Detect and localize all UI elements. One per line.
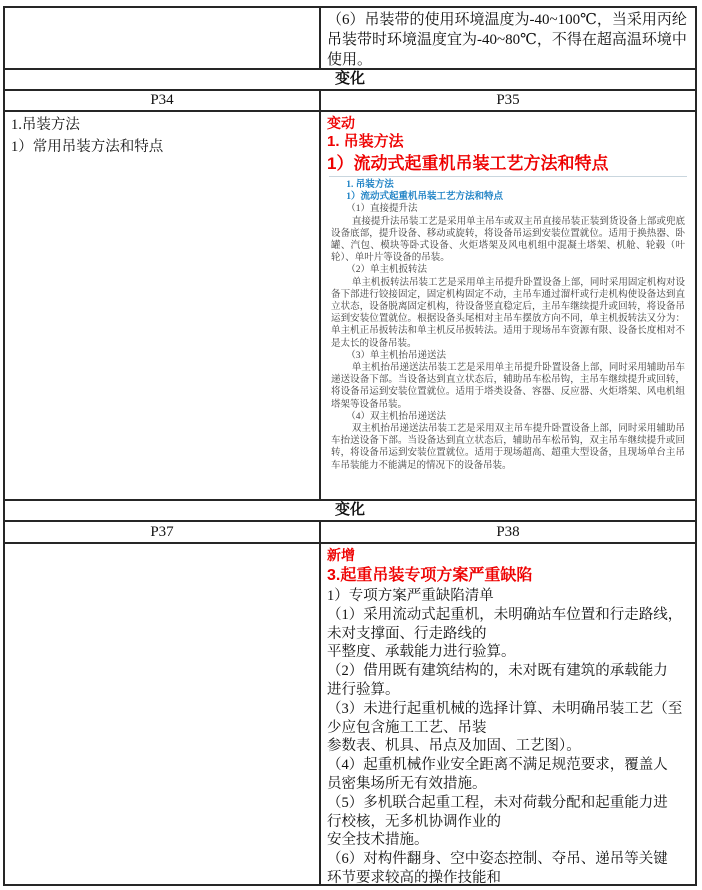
excerpt-paragraph: 直接提升法吊装工艺是采用单主吊车或双主吊直接吊装正装到货设备上部或兜底设备底部，…	[331, 216, 685, 265]
excerpt-subheading: （1）直接提升法	[331, 203, 685, 215]
page-number-p34: P34	[5, 91, 321, 110]
defect-list-line: （4）起重机械作业安全距离不满足规范要求，覆盖人	[327, 756, 689, 775]
defect-list-line: 安全技术措施。	[327, 831, 689, 850]
defect-list-line: （3）未进行起重机械的选择计算、未明确吊装工艺（至	[327, 700, 689, 719]
page-number-p37: P37	[5, 522, 321, 542]
defect-list-line: 员密集场所无有效措施。	[327, 775, 689, 794]
content-row-2: 新增 3.起重吊装专项方案严重缺陷 1）专项方案严重缺陷清单 （1）采用流动式起…	[5, 544, 695, 884]
new-section-heading: 3.起重吊装专项方案严重缺陷	[327, 564, 689, 587]
defect-list-line: 参数表、机具、吊点及加固、工艺图）。	[327, 737, 689, 756]
change-divider-1: 变化	[5, 70, 695, 91]
old-text-cell: 1.吊装方法 1）常用吊装方法和特点	[5, 112, 321, 499]
excerpt-subheading: （4）双主机抬吊递送法	[331, 411, 685, 423]
note-line: 吊装带时环境温度宜为-40~80℃，不得在超高温环境中	[327, 30, 689, 50]
change-divider-2: 变化	[5, 501, 695, 522]
excerpt-paragraph: 单主机抬吊递送法吊装工艺是采用单主吊提升卧置设备上部，同时采用辅助吊车递送设备下…	[331, 362, 685, 411]
new-text-cell-2: 新增 3.起重吊装专项方案严重缺陷 1）专项方案严重缺陷清单 （1）采用流动式起…	[321, 544, 695, 884]
document-page: （6）吊装带的使用环境温度为-40~100℃，当采用丙纶 吊装带时环境温度宜为-…	[0, 0, 702, 890]
book-excerpt-image: 1. 吊装方法 1）流动式起重机吊装工艺方法和特点 （1）直接提升法 直接提升法…	[329, 176, 687, 472]
note-line: （6）吊装带的使用环境温度为-40~100℃，当采用丙纶	[327, 10, 689, 30]
excerpt-heading-2: 1）流动式起重机吊装工艺方法和特点	[331, 191, 685, 203]
defect-list-line: 未对支撑面、行走路线的	[327, 625, 689, 644]
change-label-1: 变化	[335, 72, 365, 87]
defect-list-line: （2）借用既有建筑结构的，未对既有建筑的承载能力	[327, 662, 689, 681]
page-number-p38: P38	[321, 522, 695, 542]
defect-list-line: 少应包含施工工艺、吊装	[327, 719, 689, 738]
comparison-table: （6）吊装带的使用环境温度为-40~100℃，当采用丙纶 吊装带时环境温度宜为-…	[3, 6, 697, 886]
old-text-line: 1.吊装方法	[11, 114, 313, 136]
defect-list-line: 环节要求较高的操作技能和	[327, 869, 689, 884]
excerpt-subheading: （2）单主机扳转法	[331, 264, 685, 276]
defect-list-line: （6）对构件翻身、空中姿态控制、夺吊、递吊等关键	[327, 850, 689, 869]
excerpt-paragraph: 单主机扳转法吊装工艺是采用单主吊提升卧置设备上部，同时采用固定机构对设备下部进行…	[331, 277, 685, 350]
top-note-right-cell: （6）吊装带的使用环境温度为-40~100℃，当采用丙纶 吊装带时环境温度宜为-…	[321, 8, 695, 68]
new-heading-2: 1）流动式起重机吊装工艺方法和特点	[327, 152, 689, 175]
defect-list-line: （5）多机联合起重工程，未对荷载分配和起重能力进	[327, 794, 689, 813]
excerpt-subheading: （3）单主机抬吊递送法	[331, 350, 685, 362]
defect-list-line: 进行验算。	[327, 681, 689, 700]
defect-list-line: 行校核，无多机协调作业的	[327, 813, 689, 832]
excerpt-paragraph: 双主机抬吊递送法吊装工艺是采用双主吊车提升卧置设备上部，同时采用辅助吊车抬送设备…	[331, 423, 685, 472]
new-heading-1: 1. 吊装方法	[327, 132, 689, 152]
page-header-row-1: P34 P35	[5, 91, 695, 112]
change-type-label-2: 新增	[327, 546, 689, 564]
top-note-row: （6）吊装带的使用环境温度为-40~100℃，当采用丙纶 吊装带时环境温度宜为-…	[5, 8, 695, 70]
change-type-label: 变动	[327, 114, 689, 132]
page-number-p35: P35	[321, 91, 695, 110]
new-text-cell: 变动 1. 吊装方法 1）流动式起重机吊装工艺方法和特点 1. 吊装方法 1）流…	[321, 112, 695, 499]
change-label-2: 变化	[335, 503, 365, 518]
page-header-row-2: P37 P38	[5, 522, 695, 544]
defect-list-line: 1）专项方案严重缺陷清单	[327, 587, 689, 606]
old-text-cell-2	[5, 544, 321, 884]
excerpt-heading-1: 1. 吊装方法	[331, 179, 685, 191]
note-line: 使用。	[327, 50, 689, 68]
content-row-1: 1.吊装方法 1）常用吊装方法和特点 变动 1. 吊装方法 1）流动式起重机吊装…	[5, 112, 695, 501]
top-note-left-cell	[5, 8, 321, 68]
defect-list-line: （1）采用流动式起重机，未明确站车位置和行走路线，	[327, 606, 689, 625]
defect-list-line: 平整度、承载能力进行验算。	[327, 643, 689, 662]
old-text-line: 1）常用吊装方法和特点	[11, 136, 313, 158]
